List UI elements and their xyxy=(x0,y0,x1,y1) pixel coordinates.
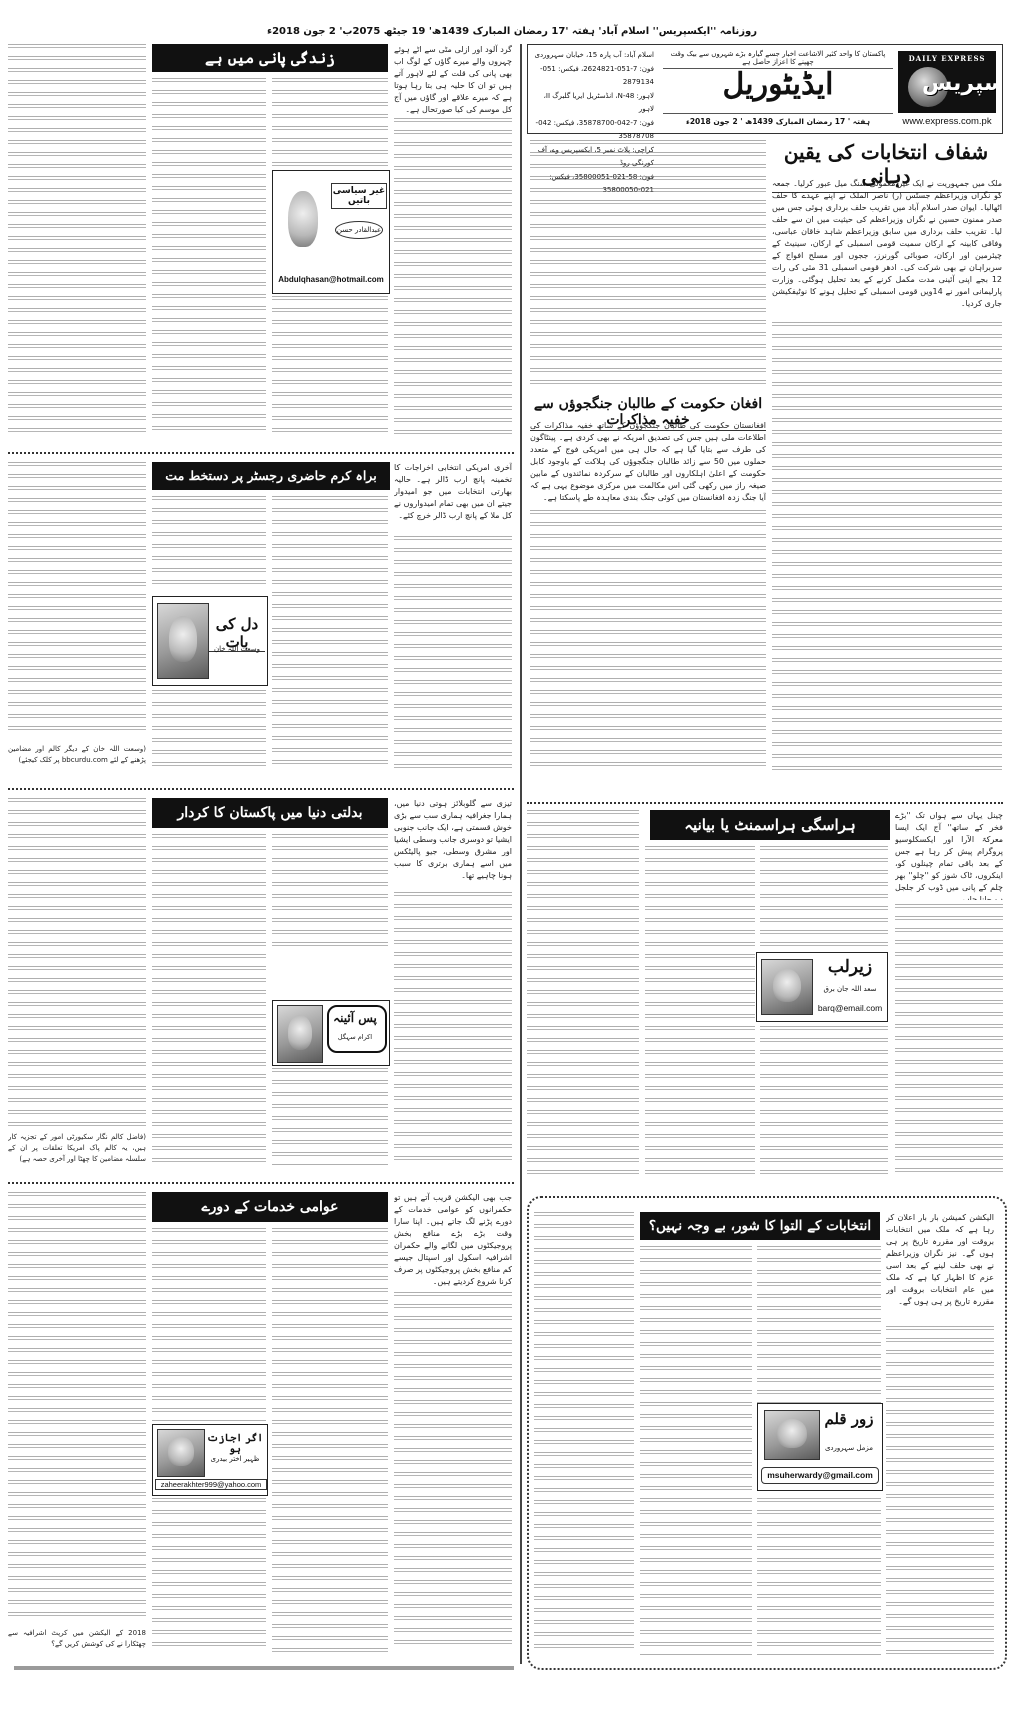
editorial-1-lines xyxy=(772,322,1002,772)
section-title: ایڈیٹوریل xyxy=(663,67,893,102)
author-name: وسعت اللہ خان xyxy=(209,645,265,653)
author-photo xyxy=(761,959,813,1015)
office-line: لاہور: 48-N، انڈسٹریل ایریا گلبرگ II، لا… xyxy=(534,90,654,117)
hazri-lines-4 xyxy=(152,690,266,770)
editorial-1-continued xyxy=(530,140,766,390)
dateline: روزنامہ ''ایکسپریس'' اسلام آباد' ہفتہ '1… xyxy=(0,26,1024,37)
harasgi-text: چینل یہاں سے ہواں تک ''بڑے فخر کے ساتھ''… xyxy=(895,810,1003,900)
masthead-date: ہفتہ ' 17 رمضان المبارک 1439ھ ' 2 جون 20… xyxy=(663,117,893,126)
intikhabat-lines-4 xyxy=(534,1212,634,1656)
awami-lines-4 xyxy=(152,1498,266,1652)
logo-url: www.express.com.pk xyxy=(898,116,996,127)
harasgi-lines-4 xyxy=(527,810,639,1174)
awami-lines-5 xyxy=(8,1192,146,1624)
hazri-footer: (وسعت اللہ خان کے دیگر کالم اور مضامین پ… xyxy=(8,744,146,772)
author-photo xyxy=(277,177,329,267)
section-divider xyxy=(8,1182,514,1184)
byline-box-intikhabat: زور قلم مزمل سہروردی msuherwardy@gmail.c… xyxy=(757,1403,883,1491)
awami-lines-1 xyxy=(394,1292,512,1652)
author-email[interactable]: barq@email.com xyxy=(813,1003,887,1013)
byline-box-badalti: پس آئینہ اکرام سہگل xyxy=(272,1000,390,1066)
badalti-body: تیزی سے گلوبلائز ہوتی دنیا میں، ہمارا جغ… xyxy=(394,798,512,888)
hazri-lines-2 xyxy=(272,496,388,770)
hazri-lines-3 xyxy=(152,496,266,592)
column-series-name: اگر اجازت ہو xyxy=(205,1433,265,1455)
section-divider xyxy=(527,802,1003,804)
zindagi-lines-1 xyxy=(394,118,512,438)
page-vertical-divider xyxy=(520,44,522,1664)
harasgi-lines-3 xyxy=(645,846,755,1174)
zindagi-lines-4 xyxy=(152,78,266,438)
awami-lines-3 xyxy=(152,1228,266,1422)
badalti-lines-5 xyxy=(8,798,146,1128)
logo-top-text: DAILY EXPRESS xyxy=(898,54,996,63)
badalti-lines-3 xyxy=(272,1068,388,1166)
harasgi-lines-1 xyxy=(895,904,1003,1174)
awami-footer: 2018 کے الیکشن میں کرپٹ اشرافیہ سے چھٹکا… xyxy=(8,1628,146,1654)
author-name: عبدالقادر حسن xyxy=(335,221,383,239)
logo: DAILY EXPRESS ایکسپریس xyxy=(898,51,996,113)
column-series-name: پس آئینہ xyxy=(329,1011,381,1025)
column-headline-zindagi: زندگی پانی میں ہے xyxy=(152,44,388,72)
column-headline-awami: عوامی خدمات کے دورے xyxy=(152,1192,388,1222)
badalti-lines-4 xyxy=(152,834,266,1166)
author-name: اکرام سہگل xyxy=(329,1033,381,1041)
hazri-lines-5 xyxy=(8,462,146,738)
intikhabat-text: الیکشن کمیشن بار بار اعلان کر رہا ہے کہ … xyxy=(886,1212,994,1308)
awami-text: جب بھی الیکشن قریب آتے ہیں تو حکمرانوں ک… xyxy=(394,1192,512,1288)
logo-urdu: ایکسپریس xyxy=(922,71,996,96)
zindagi-lines-3 xyxy=(272,296,388,438)
author-name: مزمل سہروردی xyxy=(820,1444,878,1452)
awami-lines-2 xyxy=(272,1228,388,1652)
column-series-name: زور قلم xyxy=(820,1410,878,1428)
author-photo xyxy=(157,1429,205,1477)
intikhabat-body: الیکشن کمیشن بار بار اعلان کر رہا ہے کہ … xyxy=(886,1212,994,1322)
awami-footer-text: 2018 کے الیکشن میں کرپٹ اشرافیہ سے چھٹکا… xyxy=(8,1628,146,1650)
bottom-rule xyxy=(14,1666,514,1670)
zindagi-lines-2 xyxy=(272,78,388,168)
badalti-lines-2 xyxy=(272,834,388,948)
byline-box-zindagi: غیر سیاسی باتیں عبدالقادر حسن Abdulqhasa… xyxy=(272,170,390,294)
intikhabat-lines-1 xyxy=(886,1326,994,1656)
badalti-footer-text: (فاضل کالم نگار سکیورٹی امور کے تجزیہ کا… xyxy=(8,1132,146,1165)
column-headline-intikhabat: انتخابات کے التوا کا شور، بے وجہ نہیں؟ xyxy=(640,1212,880,1240)
zindagi-text: گرد آلود اور ازلی مٹی سے اٹے ہوئے چہروں … xyxy=(394,44,512,114)
masthead: اسلام آباد: آب پارہ 15، خیابان سہروردی ف… xyxy=(527,44,1003,134)
author-email[interactable]: msuherwardy@gmail.com xyxy=(761,1467,879,1484)
awami-body: جب بھی الیکشن قریب آتے ہیں تو حکمرانوں ک… xyxy=(394,1192,512,1288)
column-headline-hazri: براہ کرم حاضری رجسٹر پر دستخط مت کیجئے xyxy=(152,462,390,490)
hazri-text: آخری امریکی انتخابی اخراجات کا تخمینہ پا… xyxy=(394,462,512,522)
editorial-2-text: افغانستان حکومت کی طالبان جنگجوؤں کے سات… xyxy=(530,420,766,504)
bbcurdu-link[interactable]: (وسعت اللہ خان کے دیگر کالم اور مضامین پ… xyxy=(8,744,146,766)
column-headline-badalti: بدلتی دنیا میں پاکستان کا کردار xyxy=(152,798,388,828)
author-name: ظہیر اختر بیدری xyxy=(205,1455,265,1463)
badalti-lines-1 xyxy=(394,892,512,1166)
masthead-divider xyxy=(663,113,893,114)
hazri-lines-1 xyxy=(394,536,512,770)
badalti-footer: (فاضل کالم نگار سکیورٹی امور کے تجزیہ کا… xyxy=(8,1132,146,1168)
editorial-2-body: افغانستان حکومت کی طالبان جنگجوؤں کے سات… xyxy=(530,420,766,506)
author-name: سعد اللہ جان برق xyxy=(817,985,883,993)
author-photo xyxy=(764,1410,820,1460)
byline-box-hazri: دل کی بات وسعت اللہ خان xyxy=(152,596,268,686)
author-email[interactable]: zaheerakhter999@yahoo.com xyxy=(155,1479,267,1490)
column-series-name: زیرلب xyxy=(817,957,883,977)
hazri-body: آخری امریکی انتخابی اخراجات کا تخمینہ پا… xyxy=(394,462,512,532)
badalti-text: تیزی سے گلوبلائز ہوتی دنیا میں، ہمارا جغ… xyxy=(394,798,512,882)
editorial-1-text: ملک میں جمہوریت نے ایک غیر معمولی سنگ می… xyxy=(772,178,1002,310)
byline-box-awami: اگر اجازت ہو ظہیر اختر بیدری zaheerakhte… xyxy=(152,1424,268,1496)
byline-box-harasgi: زیرلب سعد اللہ جان برق barq@email.com xyxy=(756,952,888,1022)
office-line: اسلام آباد: آب پارہ 15، خیابان سہروردی xyxy=(534,49,654,63)
intikhabat-lines-3 xyxy=(640,1246,752,1656)
column-headline-harasgi: ہراسگی ہراسمنٹ یا بیانیہ xyxy=(650,810,890,840)
zindagi-body: گرد آلود اور ازلی مٹی سے اٹے ہوئے چہروں … xyxy=(394,44,512,114)
author-email[interactable]: Abdulqhasan@hotmail.com xyxy=(273,275,389,284)
zindagi-lines-5 xyxy=(8,44,146,438)
harasgi-body: چینل یہاں سے ہواں تک ''بڑے فخر کے ساتھ''… xyxy=(895,810,1003,900)
office-line: فون: 7-051-2624821، فیکس: 051-2879134 xyxy=(534,63,654,90)
editorial-2-lines xyxy=(530,510,766,772)
section-divider xyxy=(8,452,514,454)
author-photo xyxy=(277,1005,323,1063)
column-series-name: غیر سیاسی باتیں xyxy=(331,183,387,209)
section-divider xyxy=(8,788,514,790)
author-photo xyxy=(157,603,209,679)
